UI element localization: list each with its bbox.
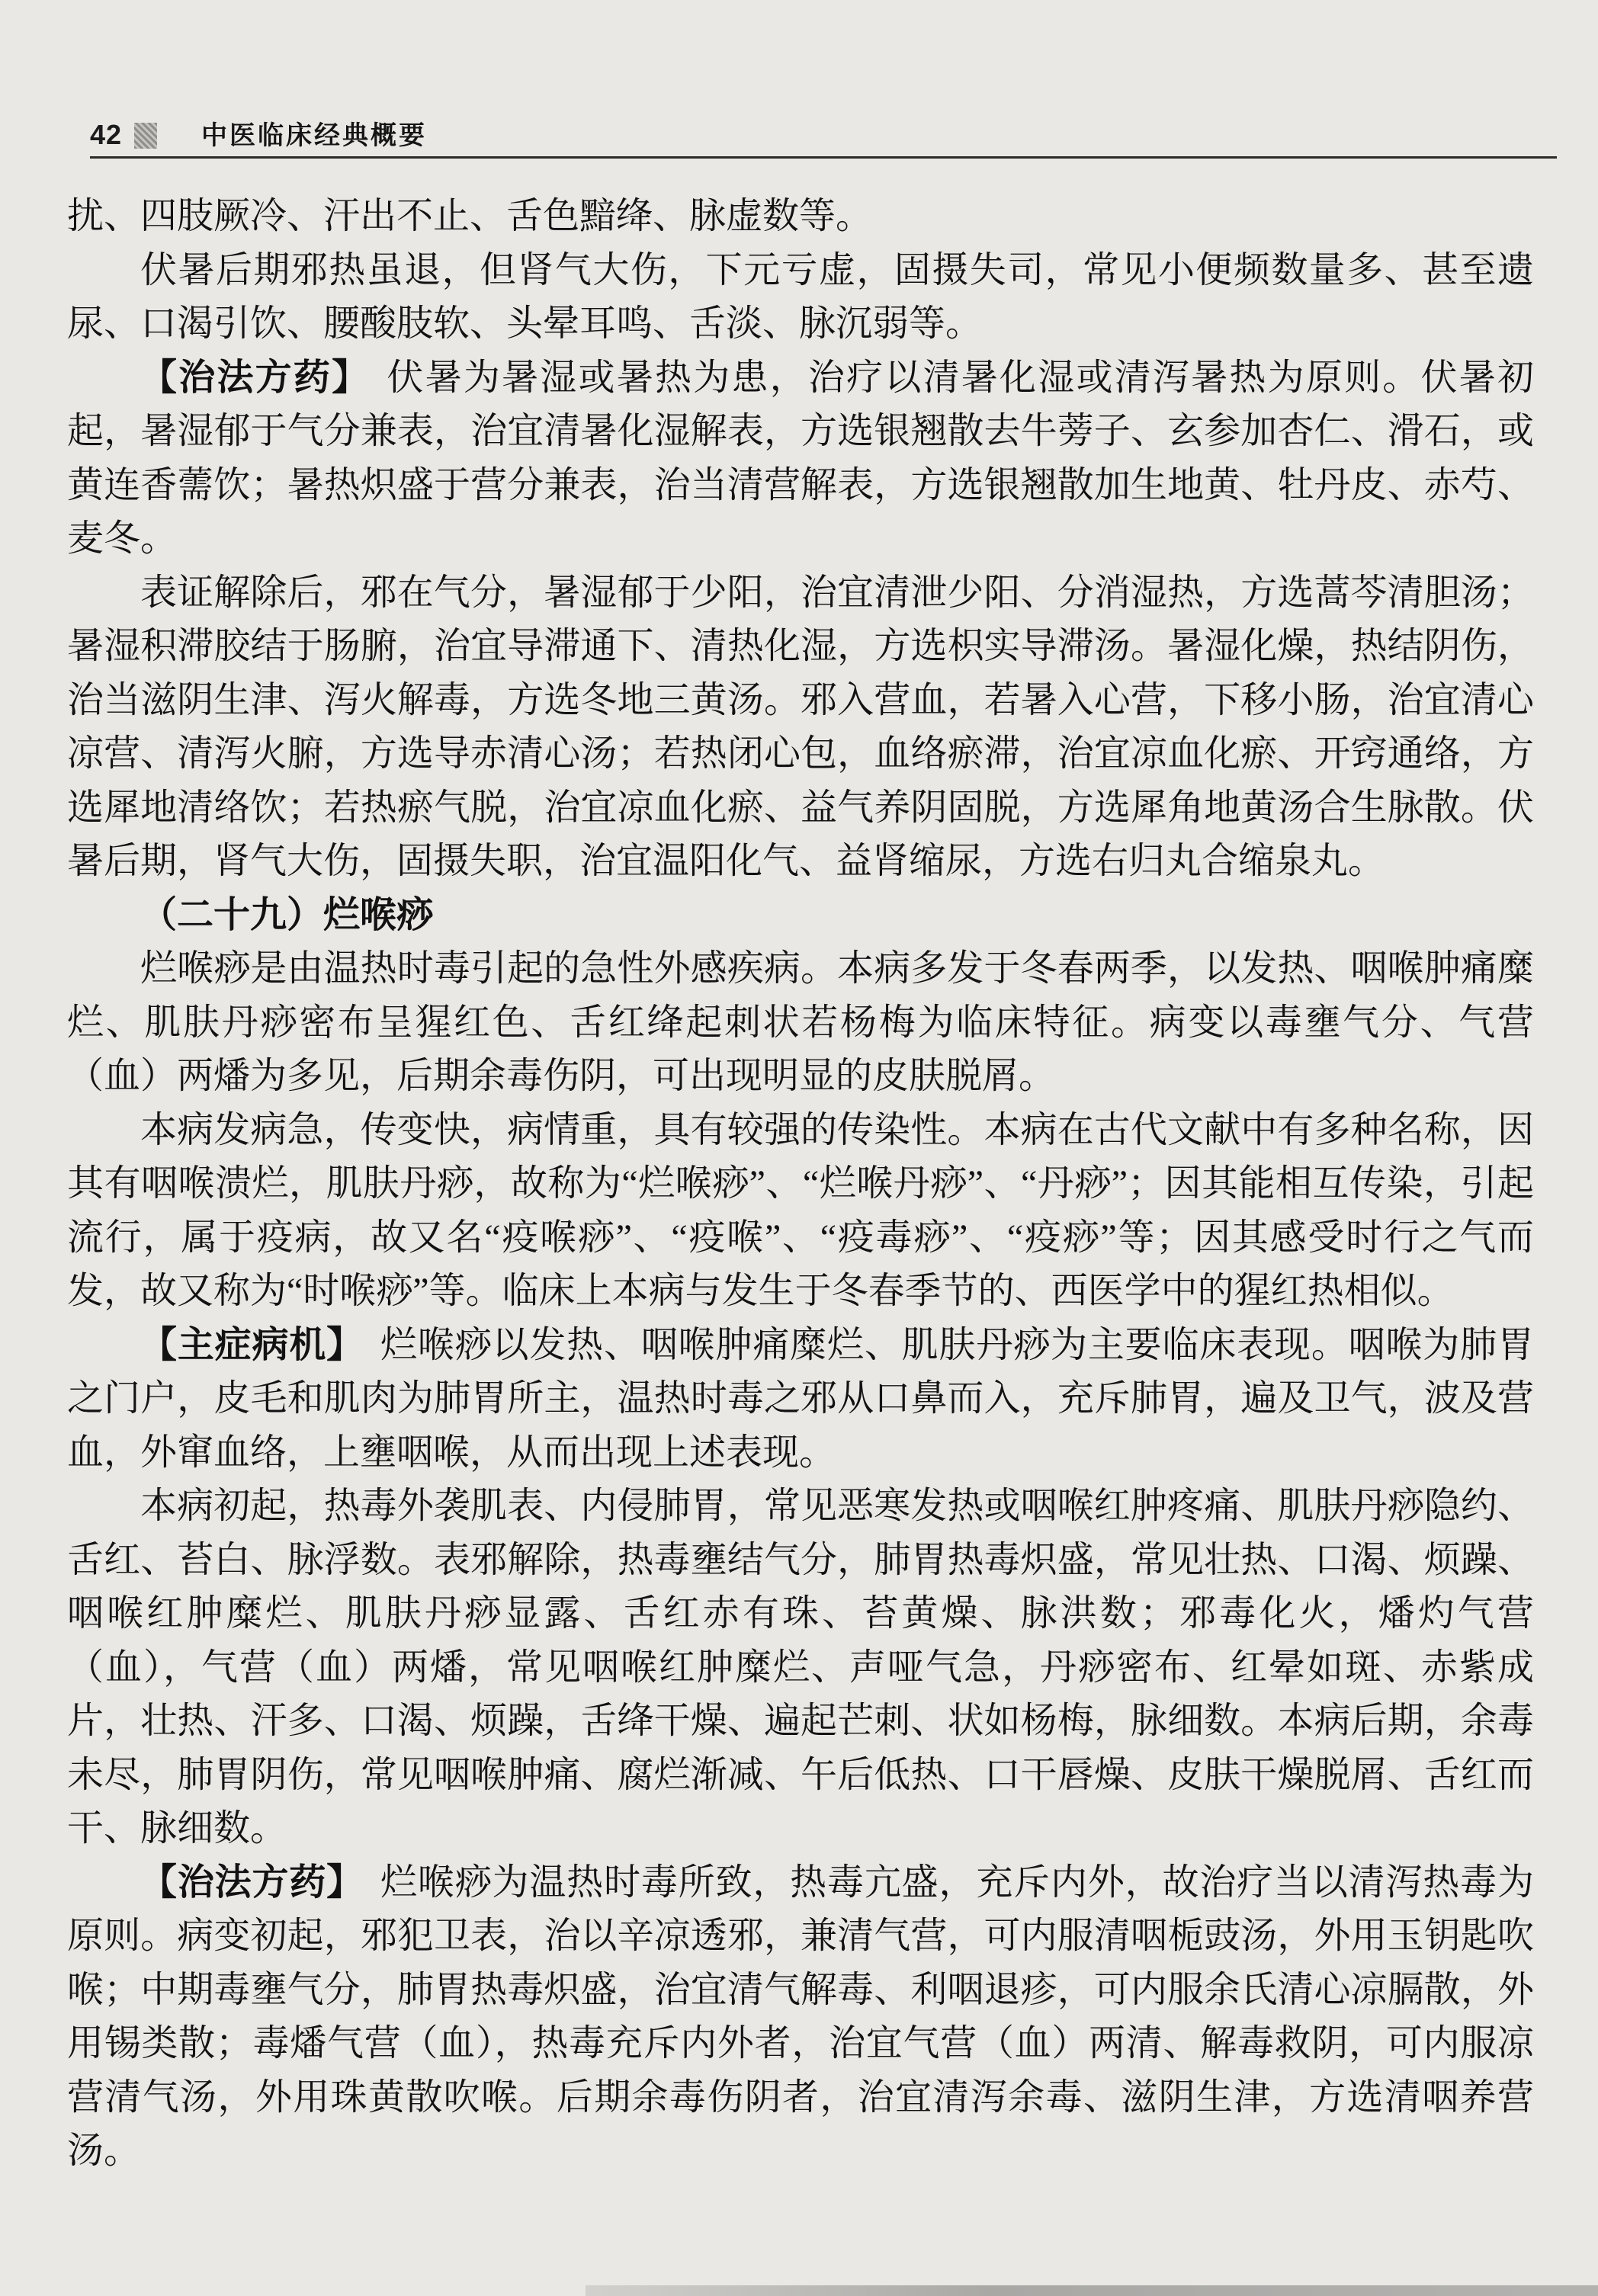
body-paragraph: 烂喉痧是由温热时毒引起的急性外感疾病。本病多发于冬春两季，以发热、咽喉肿痛糜烂、…: [67, 942, 1534, 1104]
body-paragraph: 扰、四肢厥冷、汗出不止、舌色黯绛、脉虚数等。: [67, 190, 1534, 244]
scan-bottom-shadow: [586, 2285, 1598, 2296]
section-heading: （二十九）烂喉痧: [67, 889, 1534, 943]
book-title: 中医临床经典概要: [201, 121, 427, 150]
paragraph-text: 烂喉痧为温热时毒所致，热毒亢盛，充斥内外，故治疗当以清泻热毒为原则。病变初起，邪…: [67, 1862, 1534, 2172]
body-paragraph: 本病初起，热毒外袭肌表、内侵肺胃，常见恶寒发热或咽喉红肿疼痛、肌肤丹痧隐约、舌红…: [67, 1480, 1534, 1856]
page-body: 扰、四肢厥冷、汗出不止、舌色黯绛、脉虚数等。 伏暑后期邪热虽退，但肾气大伤，下元…: [67, 190, 1534, 2179]
paragraph-text: 伏暑后期邪热虽退，但肾气大伤，下元亏虚，固摄失司，常见小便频数量多、甚至遗尿、口…: [67, 250, 1534, 345]
body-paragraph: 【治法方药】烂喉痧为温热时毒所致，热毒亢盛，充斥内外，故治疗当以清泻热毒为原则。…: [67, 1856, 1534, 2179]
paragraph-label: 【治法方药】: [140, 1862, 364, 1903]
body-paragraph: 伏暑后期邪热虽退，但肾气大伤，下元亏虚，固摄失司，常见小便频数量多、甚至遗尿、口…: [67, 244, 1534, 351]
header-marker-icon: [134, 123, 157, 149]
paragraph-text: 扰、四肢厥冷、汗出不止、舌色黯绛、脉虚数等。: [67, 196, 872, 236]
page-header: 42中医临床经典概要: [90, 114, 1555, 154]
body-paragraph: 本病发病急，传变快，病情重，具有较强的传染性。本病在古代文献中有多种名称，因其有…: [67, 1104, 1534, 1319]
body-paragraph: 表证解除后，邪在气分，暑湿郁于少阳，治宜清泄少阳、分消湿热，方选蒿芩清胆汤；暑湿…: [67, 566, 1534, 889]
page-number: 42: [90, 119, 122, 150]
paragraph-text: 本病初起，热毒外袭肌表、内侵肺胃，常见恶寒发热或咽喉红肿疼痛、肌肤丹痧隐约、舌红…: [67, 1486, 1534, 1849]
header-rule: [90, 156, 1557, 159]
body-paragraph: 【主症病机】烂喉痧以发热、咽喉肿痛糜烂、肌肤丹痧为主要临床表现。咽喉为肺胃之门户…: [67, 1319, 1534, 1480]
paragraph-label: 【治法方药】: [140, 358, 370, 398]
paragraph-text: 表证解除后，邪在气分，暑湿郁于少阳，治宜清泄少阳、分消湿热，方选蒿芩清胆汤；暑湿…: [67, 572, 1534, 882]
book-page: 42中医临床经典概要 扰、四肢厥冷、汗出不止、舌色黯绛、脉虚数等。 伏暑后期邪热…: [0, 0, 1598, 2296]
paragraph-text: 烂喉痧是由温热时毒引起的急性外感疾病。本病多发于冬春两季，以发热、咽喉肿痛糜烂、…: [67, 948, 1534, 1096]
body-paragraph: 【治法方药】伏暑为暑湿或暑热为患，治疗以清暑化湿或清泻暑热为原则。伏暑初起，暑湿…: [67, 351, 1534, 566]
section-heading-text: （二十九）烂喉痧: [140, 895, 433, 935]
paragraph-text: 本病发病急，传变快，病情重，具有较强的传染性。本病在古代文献中有多种名称，因其有…: [67, 1110, 1534, 1312]
paragraph-label: 【主症病机】: [140, 1325, 364, 1365]
